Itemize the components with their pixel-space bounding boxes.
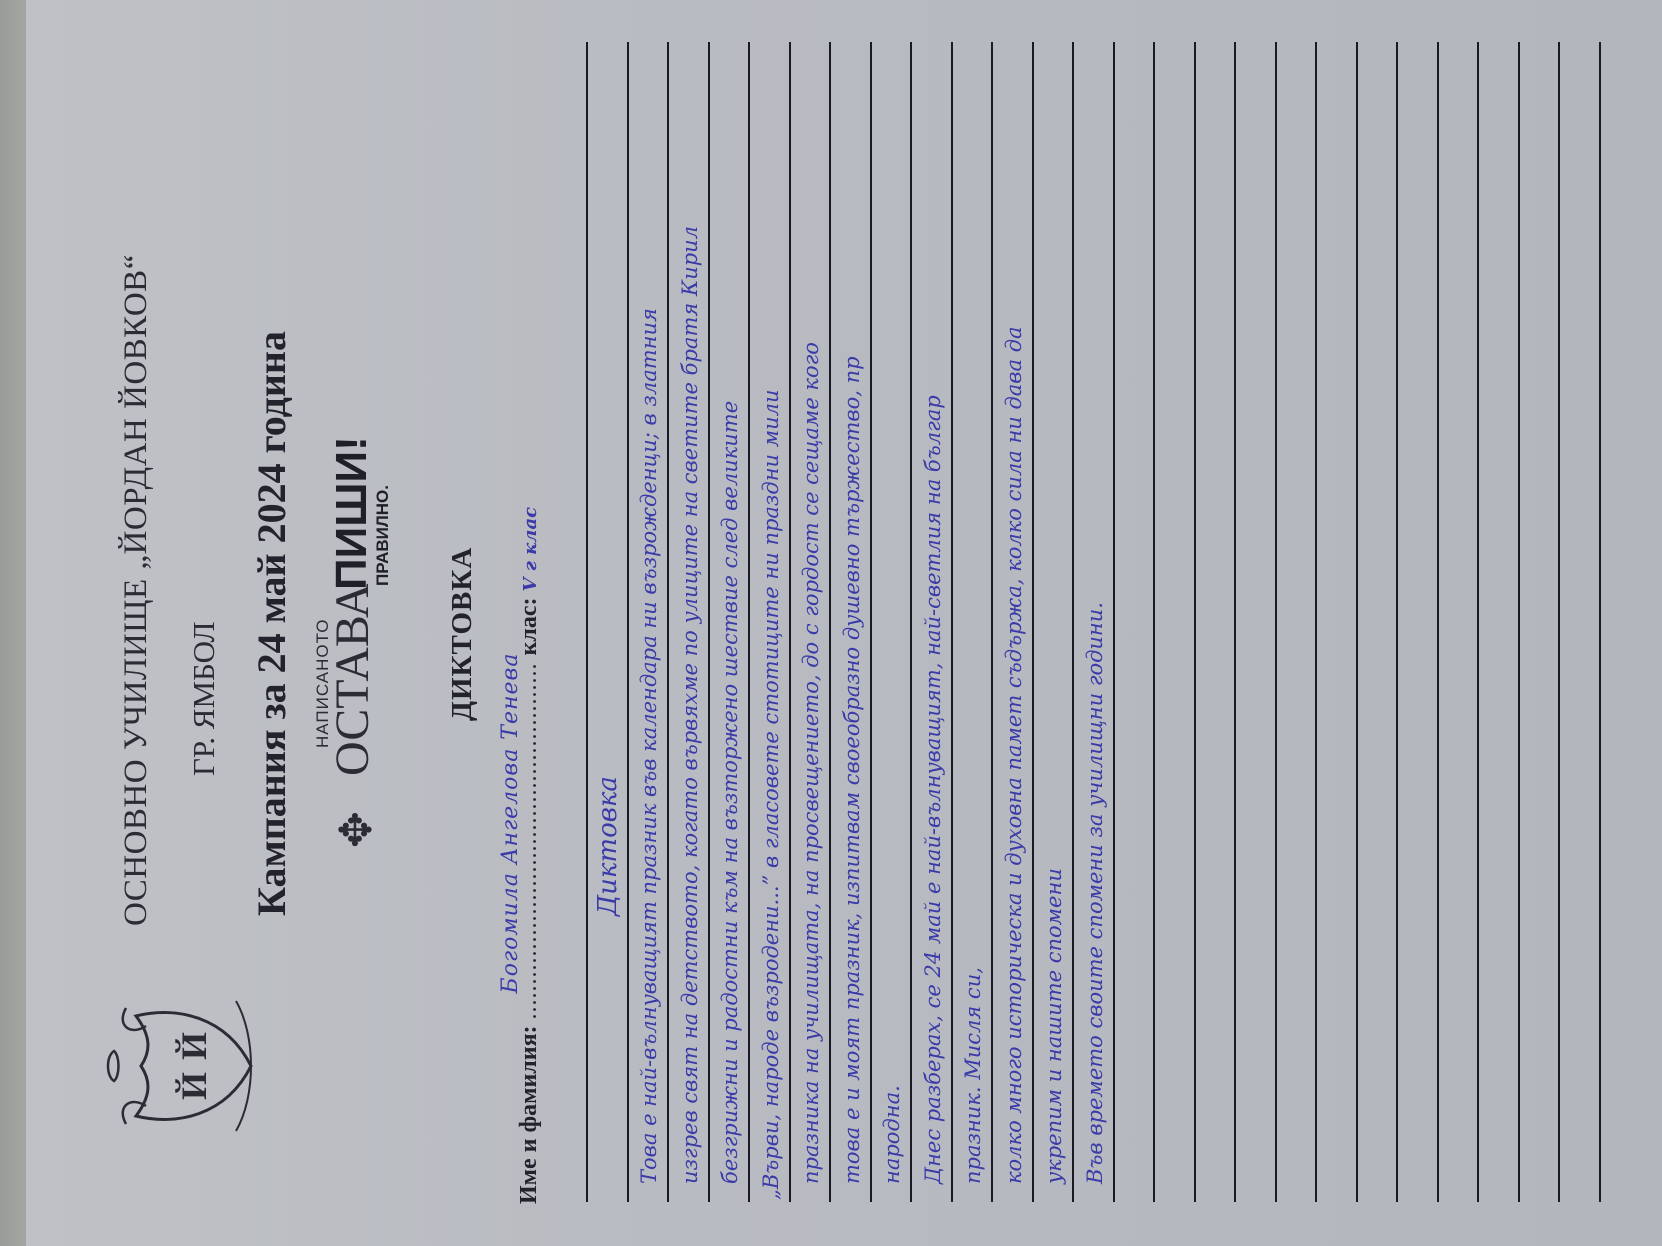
document-title: ДИКТОВКА bbox=[446, 547, 479, 721]
handwritten-line: безгрижни и радостни към на възторжено ш… bbox=[718, 401, 742, 1184]
name-field-dots: ........................................… bbox=[516, 655, 542, 1019]
name-row: Име и фамилия: .........................… bbox=[516, 507, 543, 1204]
ruled-line bbox=[1113, 42, 1115, 1202]
svg-text:Й: Й bbox=[174, 1072, 214, 1100]
logo-line3: ПИШИ! bbox=[327, 436, 377, 590]
ruled-line bbox=[991, 42, 993, 1202]
handwritten-line: Това е най-вълнуващият празник във кален… bbox=[637, 308, 661, 1184]
handwritten-line: колко много историческа и духовна памет … bbox=[1002, 326, 1026, 1184]
logo-ornament-icon: ✥ bbox=[331, 811, 382, 848]
handwritten-line: Днес разберах, се 24 май е най-вълнуващи… bbox=[921, 395, 945, 1184]
handwritten-line: празника на училищата, на просвещението,… bbox=[799, 342, 823, 1184]
handwritten-line: народна. bbox=[880, 1085, 904, 1184]
ruled-line bbox=[586, 42, 588, 1202]
handwritten-line: укрепим и нашите спомени bbox=[1042, 868, 1066, 1184]
ruled-line bbox=[1477, 42, 1479, 1202]
svg-text:Й: Й bbox=[174, 1032, 214, 1060]
city-name: ГР. ЯМБОЛ bbox=[186, 622, 222, 777]
ruled-line bbox=[667, 42, 669, 1202]
logo-line2: ОСТАВА bbox=[325, 583, 380, 776]
ruled-line bbox=[1234, 42, 1236, 1202]
ruled-line bbox=[910, 42, 912, 1202]
class-handwritten: V г клас bbox=[520, 507, 541, 592]
ruled-line bbox=[1356, 42, 1358, 1202]
ruled-line bbox=[1315, 42, 1317, 1202]
handwritten-heading: Диктовка bbox=[593, 776, 623, 916]
ruled-line bbox=[1032, 42, 1034, 1202]
ruled-line bbox=[748, 42, 750, 1202]
ruled-line bbox=[1396, 42, 1398, 1202]
handwritten-line: празник. Мисля си, bbox=[961, 967, 985, 1184]
ruled-line bbox=[951, 42, 953, 1202]
name-handwritten: Богомила Ангелова Тенева bbox=[498, 653, 523, 994]
campaign-title: Кампания за 24 май 2024 година bbox=[248, 331, 295, 916]
logo-line4: ПРАВИЛНО. bbox=[373, 485, 393, 586]
ruled-line bbox=[1194, 42, 1196, 1202]
ruled-line bbox=[870, 42, 872, 1202]
handwritten-line: изгрев свят на детството, когато вървяхм… bbox=[678, 226, 702, 1184]
ruled-line bbox=[1072, 42, 1074, 1202]
handwritten-line: „Върви, народе възродени...” в гласовете… bbox=[759, 389, 783, 1200]
dictation-page: Й Й ОСНОВНО УЧИЛИЩЕ „ЙОРДАН ЙОВКОВ“ ГР. … bbox=[26, 0, 1662, 1246]
handwritten-line: Във времето своите спомени за училищни г… bbox=[1083, 602, 1107, 1184]
school-crest-icon: Й Й bbox=[106, 996, 256, 1136]
ruled-line bbox=[1599, 42, 1601, 1202]
ruled-line bbox=[1558, 42, 1560, 1202]
class-label: клас: bbox=[516, 598, 542, 656]
ruled-line bbox=[627, 42, 629, 1202]
school-name: ОСНОВНО УЧИЛИЩЕ „ЙОРДАН ЙОВКОВ“ bbox=[118, 254, 155, 926]
ruled-line bbox=[1275, 42, 1277, 1202]
handwritten-line: това е и моят празник, изпитвам своеобра… bbox=[840, 356, 864, 1184]
ruled-line bbox=[789, 42, 791, 1202]
ruled-line bbox=[1153, 42, 1155, 1202]
ruled-line bbox=[708, 42, 710, 1202]
ruled-line bbox=[829, 42, 831, 1202]
ruled-line bbox=[1437, 42, 1439, 1202]
name-label: Име и фамилия: bbox=[516, 1025, 542, 1204]
ruled-line bbox=[1518, 42, 1520, 1202]
